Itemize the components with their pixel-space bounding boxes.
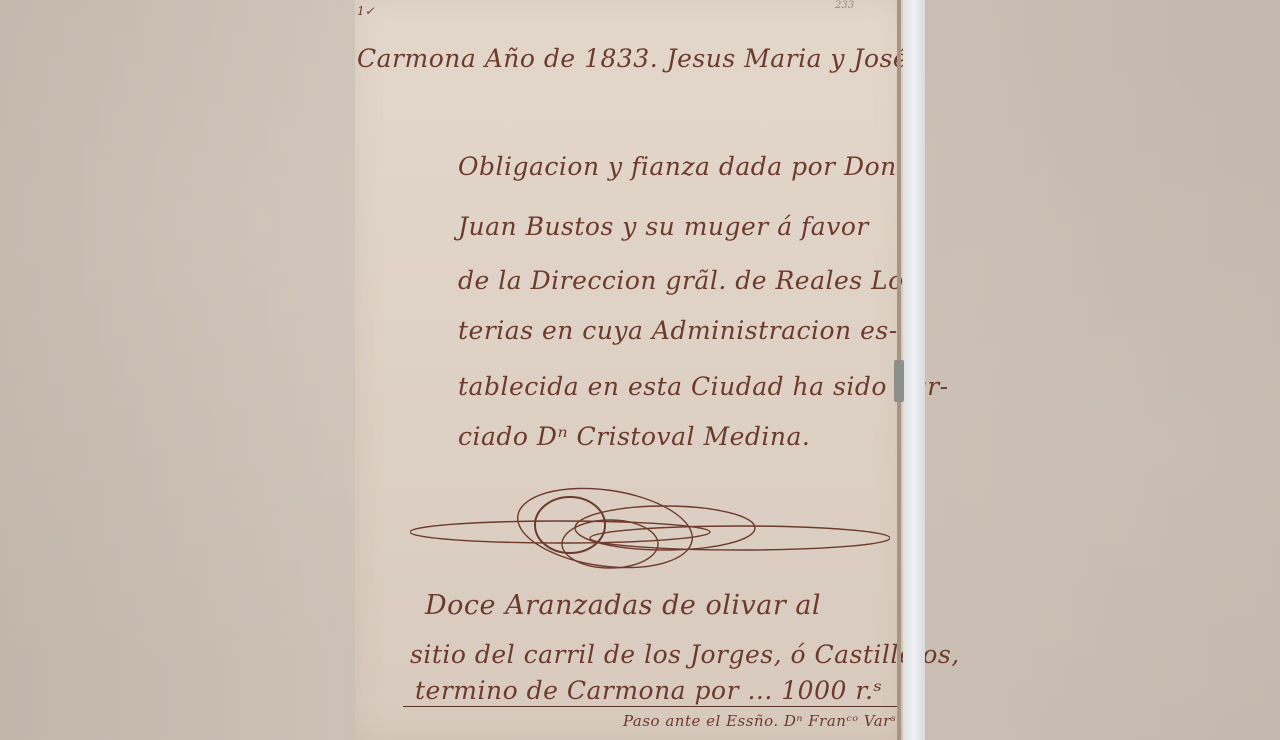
body-line-6: ciado Dⁿ Cristoval Medina.: [458, 422, 810, 451]
property-line-2: sitio del carril de los Jorges, ó Castil…: [410, 640, 960, 669]
background-right-panel: [925, 0, 1280, 740]
clip-icon: [894, 360, 904, 402]
body-line-1: Obligacion y fianza dada por Don: [458, 152, 897, 181]
header-line: Carmona Año de 1833. Jesus Maria y José.: [357, 44, 917, 73]
signature-flourish-icon: [410, 480, 890, 580]
body-line-4: terias en cuya Administracion es-: [458, 316, 898, 345]
corner-mark: 1✓: [357, 4, 375, 18]
body-line-2: Juan Bustos y su muger á favor: [458, 212, 869, 241]
property-line-3: termino de Carmona por ... 1000 r.ˢ: [415, 676, 882, 705]
background-left-panel: [0, 0, 355, 740]
body-line-5: tablecida en esta Ciudad ha sido agr-: [458, 372, 949, 401]
manuscript-page: 1✓ 233 Carmona Año de 1833. Jesus Maria …: [355, 0, 903, 740]
page-number: 233: [835, 0, 854, 11]
document-photo: 1✓ 233 Carmona Año de 1833. Jesus Maria …: [355, 0, 925, 740]
property-line-1: Doce Aranzadas de olivar al: [425, 590, 821, 621]
separator-rule: [403, 706, 898, 707]
footer-line: Paso ante el Essño. Dⁿ Franᶜᵒ Varˢ: [623, 712, 896, 730]
frame-border: [903, 0, 925, 740]
body-line-3: de la Direccion grãl. de Reales Lo-: [458, 266, 913, 295]
